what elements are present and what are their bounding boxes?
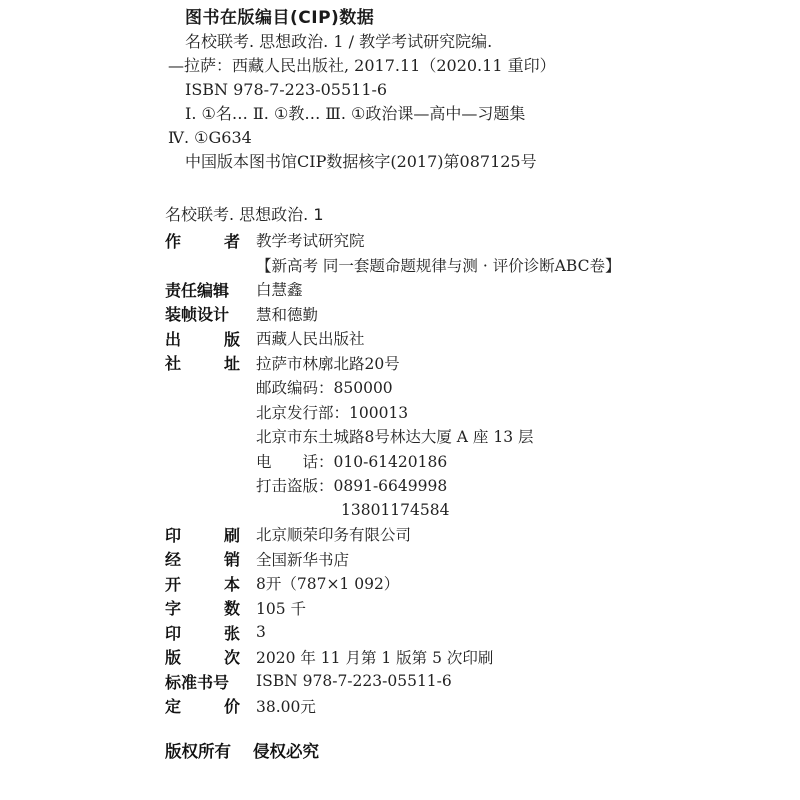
value-beijing-address: 北京市东土城路8号林达大厦 A 座 13 层	[256, 425, 534, 447]
label-char: 印	[165, 621, 181, 644]
row-design: 装帧设计 慧和德勤	[165, 302, 785, 327]
copyright-infringement: 侵权必究	[253, 742, 319, 761]
book-title: 名校联考. 思想政治. 1	[165, 204, 324, 226]
label-publisher: 出版	[165, 327, 240, 350]
label-address: 社址	[165, 351, 240, 374]
row-series: 【新高考 同一套题命题规律与测 · 评价诊断ABC卷】	[165, 253, 785, 278]
value-beijing-dept: 北京发行部：100013	[256, 401, 408, 423]
value-series: 【新高考 同一套题命题规律与测 · 评价诊断ABC卷】	[256, 254, 620, 276]
row-phone: 电 话：010-61420186	[165, 449, 785, 474]
row-beijing-dept: 北京发行部：100013	[165, 400, 785, 425]
cip-line-isbn: ISBN 978-7-223-05511-6	[185, 78, 785, 102]
row-publisher: 出版 西藏人民出版社	[165, 326, 785, 351]
value-address: 拉萨市林廓北路20号	[256, 352, 400, 374]
row-word-count: 字数 105 千	[165, 596, 785, 621]
value-antipiracy-mobile: 13801174584	[341, 501, 449, 519]
value-author: 教学考试研究院	[256, 229, 365, 251]
row-postcode: 邮政编码：850000	[165, 375, 785, 400]
label-char: 社	[165, 351, 181, 374]
label-char: 次	[224, 645, 240, 668]
label-sheets: 印张	[165, 621, 240, 644]
row-format: 开本 8开（787×1 092）	[165, 571, 785, 596]
value-distributor: 全国新华书店	[256, 548, 349, 570]
label-word-count: 字数	[165, 596, 240, 619]
label-char: 数	[224, 596, 240, 619]
cip-line-record-number: 中国版本图书馆CIP数据核字(2017)第087125号	[185, 150, 785, 174]
label-char: 标准书号	[165, 670, 229, 693]
label-distributor: 经销	[165, 547, 240, 570]
row-antipiracy: 打击盗版：0891-6649998	[165, 473, 785, 498]
label-format: 开本	[165, 572, 240, 595]
copyright-notice: 版权所有侵权必究	[165, 738, 319, 762]
label-char: 址	[224, 351, 240, 374]
label-char: 价	[224, 694, 240, 717]
label-char: 者	[224, 229, 240, 252]
label-edition: 版次	[165, 645, 240, 668]
label-char: 责任编辑	[165, 278, 229, 301]
row-edition: 版次 2020 年 11 月第 1 版第 5 次印刷	[165, 645, 785, 670]
value-printer: 北京顺荣印务有限公司	[256, 523, 411, 545]
label-char: 出	[165, 327, 181, 350]
value-editor: 白慧鑫	[256, 278, 303, 300]
publication-info: 作者 教学考试研究院 【新高考 同一套题命题规律与测 · 评价诊断ABC卷】 责…	[165, 228, 785, 718]
value-phone: 电 话：010-61420186	[256, 450, 447, 472]
value-antipiracy: 打击盗版：0891-6649998	[256, 474, 447, 496]
value-format: 8开（787×1 092）	[256, 572, 399, 594]
value-price: 38.00元	[256, 695, 316, 717]
row-editor: 责任编辑 白慧鑫	[165, 277, 785, 302]
label-char: 张	[224, 621, 240, 644]
row-beijing-address: 北京市东土城路8号林达大厦 A 座 13 层	[165, 424, 785, 449]
value-publisher: 西藏人民出版社	[256, 327, 365, 349]
label-char: 刷	[224, 523, 240, 546]
label-char: 版	[224, 327, 240, 350]
cip-line-title: 名校联考. 思想政治. 1 / 教学考试研究院编.	[185, 30, 785, 54]
cip-line-classification: Ⅳ. ①G634	[168, 126, 785, 150]
label-char: 本	[224, 572, 240, 595]
row-author: 作者 教学考试研究院	[165, 228, 785, 253]
label-printer: 印刷	[165, 523, 240, 546]
label-char: 版	[165, 645, 181, 668]
row-address: 社址 拉萨市林廓北路20号	[165, 351, 785, 376]
row-price: 定价 38.00元	[165, 694, 785, 719]
value-design: 慧和德勤	[256, 303, 318, 325]
value-sheets: 3	[256, 623, 266, 641]
cip-block: 图书在版编目(CIP)数据 名校联考. 思想政治. 1 / 教学考试研究院编. …	[185, 6, 785, 174]
row-distributor: 经销 全国新华书店	[165, 547, 785, 572]
label-char: 销	[224, 547, 240, 570]
value-edition: 2020 年 11 月第 1 版第 5 次印刷	[256, 646, 493, 668]
row-printer: 印刷 北京顺荣印务有限公司	[165, 522, 785, 547]
label-char: 经	[165, 547, 181, 570]
label-char: 印	[165, 523, 181, 546]
label-char: 开	[165, 572, 181, 595]
cip-line-publisher: —拉萨：西藏人民出版社, 2017.11（2020.11 重印）	[168, 54, 785, 78]
value-postcode: 邮政编码：850000	[256, 376, 393, 398]
value-word-count: 105 千	[256, 597, 306, 619]
row-antipiracy-mobile: 13801174584	[165, 498, 785, 523]
label-author: 作者	[165, 229, 240, 252]
cip-line-subjects: Ⅰ. ①名… Ⅱ. ①教… Ⅲ. ①政治课—高中—习题集	[185, 102, 785, 126]
value-isbn: ISBN 978-7-223-05511-6	[256, 672, 452, 690]
label-price: 定价	[165, 694, 240, 717]
row-sheets: 印张 3	[165, 620, 785, 645]
copyright-all-rights: 版权所有	[165, 742, 231, 761]
label-char: 作	[165, 229, 181, 252]
label-design: 装帧设计	[165, 302, 240, 325]
label-char: 定	[165, 694, 181, 717]
label-editor: 责任编辑	[165, 278, 240, 301]
label-char: 装帧设计	[165, 302, 229, 325]
row-isbn: 标准书号 ISBN 978-7-223-05511-6	[165, 669, 785, 694]
cip-title: 图书在版编目(CIP)数据	[185, 6, 785, 30]
label-isbn: 标准书号	[165, 670, 240, 693]
label-char: 字	[165, 596, 181, 619]
